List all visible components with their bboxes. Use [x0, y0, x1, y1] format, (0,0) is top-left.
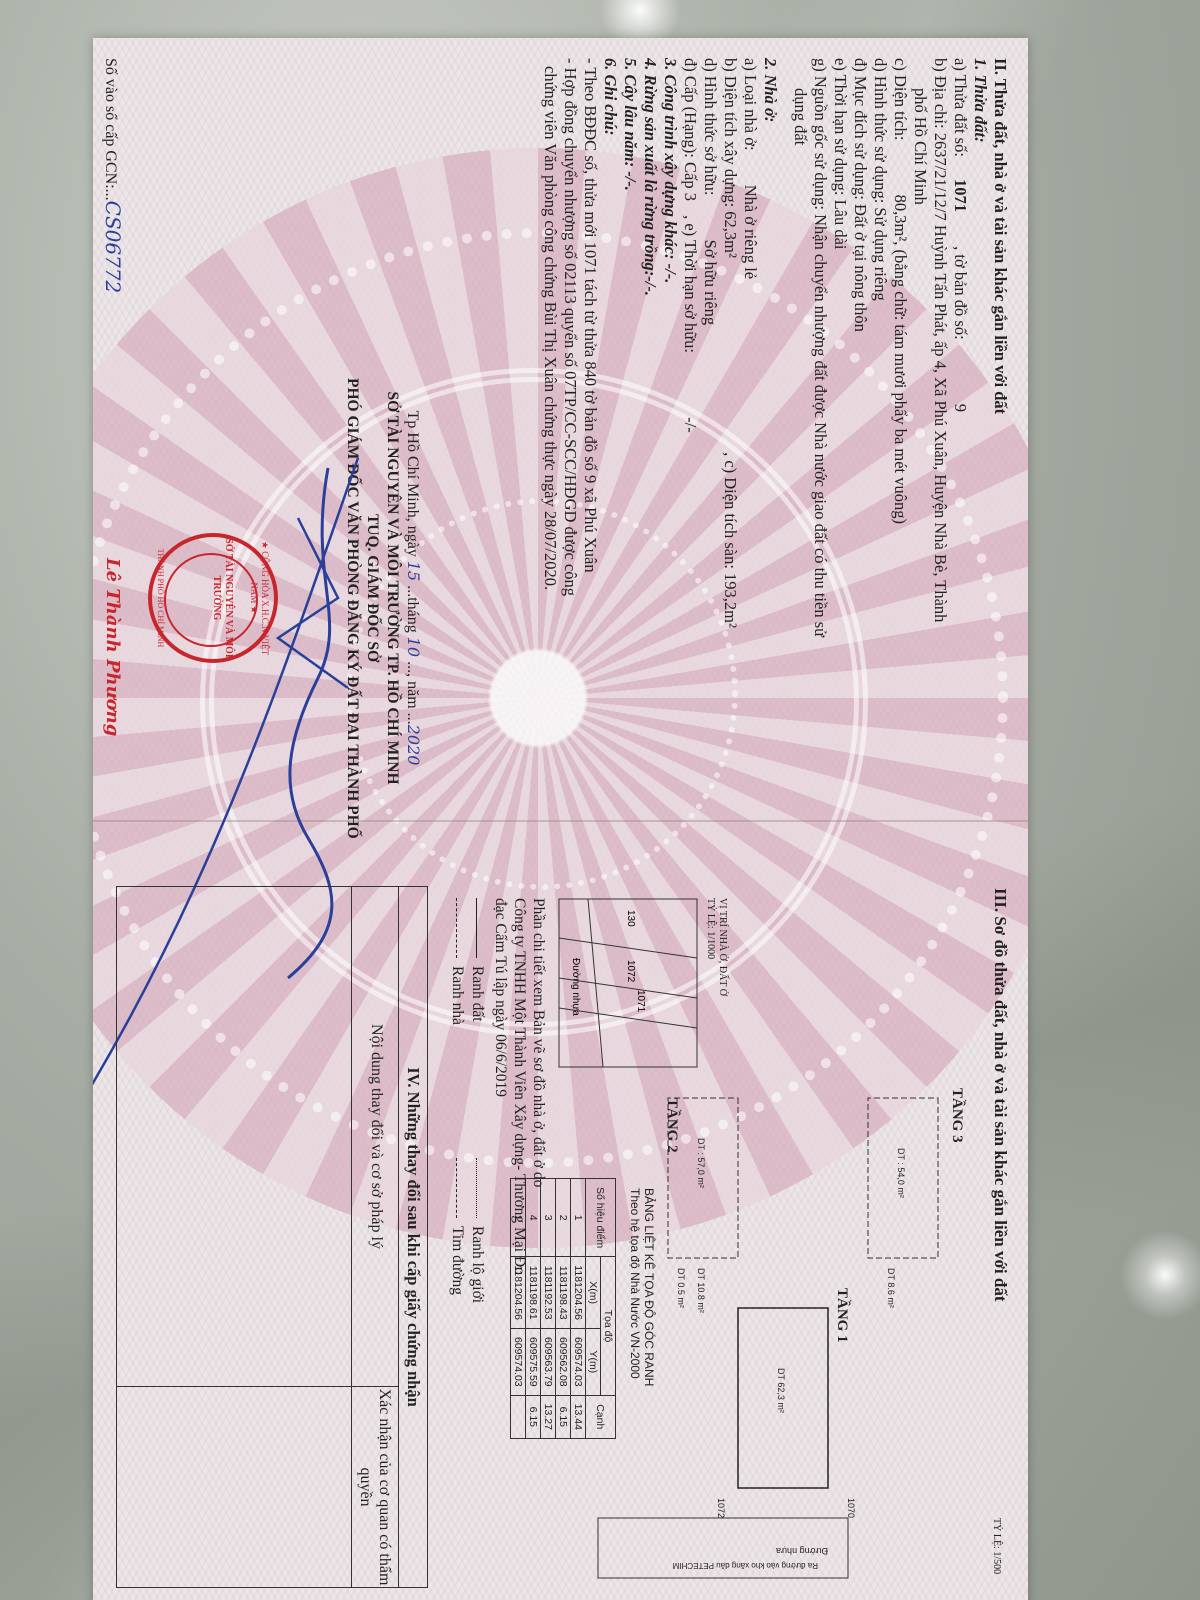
section-4-table: IV. Những thay đổi sau khi cấp giấy chứn… [116, 886, 428, 1588]
section-2: II. Thửa đất, nhà ở và tài sản khác gắn … [540, 58, 1010, 798]
location-map-title: VỊ TRÍ NHÀ Ở, ĐẤT Ở TỶ LỆ: 1/1000 [704, 898, 728, 996]
parcel-number: 1071 [951, 179, 970, 212]
address-line: b) Địa chỉ: 2637/21/12/7 Huỳnh Tấn Phát,… [930, 58, 950, 798]
road-label: Đường nhựa [776, 1546, 828, 1556]
other-works: 3. Công trình xây dựng khác: -/-. [660, 58, 680, 798]
use-form-value: Sử dụng riêng [871, 207, 890, 300]
col-edge: Cạnh [586, 1395, 616, 1438]
place-date: Tp Hồ Chí Minh, ngày 15 ...tháng 10 ...,… [402, 378, 423, 798]
floor-2-label: TẦNG 2 [664, 1098, 681, 1153]
confirmation-column-header: Xác nhận của cơ quan có thẩm quyền [352, 1387, 398, 1587]
col-x: X(m) [586, 1257, 601, 1329]
area-line: c) Diện tích: 80,3m², (bằng chữ: tám mươ… [890, 58, 910, 798]
coord-x: 1181204.56 [571, 1257, 586, 1329]
ownership-line: d) Hình thức sở hữu: Sở hữu riêng [700, 58, 720, 798]
floor-area-value: 193,2m² [721, 573, 740, 628]
note-line: đạc Cẩm Tú lập ngày 06/6/2019 [491, 898, 510, 1275]
parcel-line: a) Thửa đất số: 1071 , tờ bản đồ số: 9 [950, 58, 970, 798]
map-road: Đường nhựa [570, 958, 581, 1016]
use-form-label: d) Hình thức sử dụng: [871, 58, 890, 203]
signer-name: Lê Thành Phương [102, 558, 123, 736]
grade-label: đ) Cấp (Hạng): [681, 58, 700, 158]
coord-row: 21181198.43609562.086.15 [556, 1179, 571, 1439]
area-value: 80,3m², (bằng chữ: tám mươi phẩy ba mét … [891, 195, 910, 524]
address-label: b) Địa chỉ: [931, 58, 950, 129]
note-line: Phần chi tiết xem Bản vẽ sơ đồ nhà ở, đấ… [529, 898, 548, 1275]
section-2-title: II. Thửa đất, nhà ở và tài sản khác gắn … [990, 58, 1010, 798]
note-line: Công ty TNHH Một Thành Viên Xây dựng- Th… [510, 898, 529, 1275]
col-point: Số hiệu điểm [586, 1179, 616, 1257]
area-label: c) Diện tích: [891, 58, 910, 140]
floor-2-balcony: DT 0.5 m² [676, 1268, 686, 1308]
address-value: 2637/21/12/7 Huỳnh Tấn Phát, ấp 4, Xã Ph… [931, 133, 950, 623]
purpose-line: đ) Mục đích sử dụng: Đất ở tại nông thôn [850, 58, 870, 798]
section-4-title: IV. Những thay đổi sau khi cấp giấy chứn… [398, 887, 427, 1587]
stamp-top-text: ★ CỘNG HÒA X.H.C.N VIỆT NAM ★ [248, 537, 270, 659]
coord-title: BẢNG LIỆT KÊ TỌA ĐỘ GÓC RANH [642, 1188, 656, 1386]
plan-scale: TỶ LỆ: 1/500 [986, 1518, 1006, 1574]
origin-continued: dụng đất [790, 58, 810, 798]
purpose-value: Đất ở tại nông thôn [851, 204, 870, 332]
floor-1-label: TẦNG 1 [834, 1288, 851, 1343]
note-line: chứng viên Văn phòng công chứng Bùi Thị … [540, 58, 560, 798]
notes-heading: 6. Ghi chú: [600, 58, 620, 798]
note-line: - Theo BĐĐC số, thửa mới 1071 tách từ th… [580, 58, 600, 798]
legend-label: Ranh nhà [449, 966, 466, 1025]
term-line: e) Thời hạn sử dụng: Lâu dài [830, 58, 850, 798]
use-form-line: d) Hình thức sử dụng: Sử dụng riêng [870, 58, 890, 798]
neighbor-parcel: 1072 [716, 1498, 726, 1518]
house-type-line: a) Loại nhà ở: Nhà ở riêng lẻ [740, 58, 760, 798]
issuing-org: SỞ TÀI NGUYÊN VÀ MÔI TRƯỜNG TP. HỒ CHÍ M… [382, 378, 402, 798]
coord-edge [511, 1395, 526, 1438]
purpose-label: đ) Mục đích sử dụng: [851, 58, 870, 200]
map-sheet-number: 9 [951, 404, 970, 412]
neighbor-parcel: 1070 [846, 1498, 856, 1518]
coord-y: 609575.59 [526, 1329, 541, 1396]
changes-cell [117, 887, 351, 1387]
map-parcel: 1071 [635, 990, 646, 1013]
coord-x: 1181198.43 [556, 1257, 571, 1329]
house-heading: 2. Nhà ở: [760, 58, 780, 798]
road-note: Ra đường vào kho xăng dầu PETECHIM [672, 1561, 818, 1570]
coord-y: 609562.08 [556, 1329, 571, 1396]
confirmation-cell [117, 1387, 351, 1587]
signature-block: Tp Hồ Chí Minh, ngày 15 ...tháng 10 ...,… [342, 378, 423, 798]
col-coord: Tọa độ [601, 1257, 616, 1395]
floor-1-area: DT 62,3 m² [776, 1368, 786, 1413]
grade-value: Cấp 3 [681, 162, 700, 201]
coord-point: 1 [571, 1179, 586, 1257]
coord-edge: 13.27 [541, 1395, 556, 1438]
page-fold [93, 820, 1028, 822]
coord-edge: 13.44 [571, 1395, 586, 1438]
term-value: Lâu dài [831, 200, 850, 250]
origin-value: Nhận chuyển nhượng đất được Nhà nước gia… [811, 214, 830, 637]
place-date-prefix: Tp Hồ Chí Minh, ngày [404, 411, 421, 557]
coord-y: 609563.79 [541, 1329, 556, 1396]
built-area-label: b) Diện tích xây dựng: [721, 58, 740, 207]
signer-position: PHÓ GIÁM ĐỐC VĂN PHÒNG ĐĂNG KÝ ĐẤT ĐAI T… [342, 378, 362, 798]
term-label: e) Thời hạn sử dụng: [831, 58, 850, 195]
house-type-label: a) Loại nhà ở: [741, 58, 760, 151]
coord-y: 609574.03 [571, 1329, 586, 1396]
location-map: 130 1071 1072 Đường nhựa [558, 898, 698, 1068]
legend-item: Ranh lộ giới [468, 1158, 486, 1303]
on-behalf: TUQ. GIÁM ĐỐC SỞ [362, 378, 382, 798]
coord-subtitle: Theo hệ tọa độ Nhà Nước VN-2000 [628, 1188, 642, 1386]
month-label: tháng [404, 597, 421, 633]
coord-point: 2 [556, 1179, 571, 1257]
own-term-label: , e) Thời hạn sở hữu: [681, 215, 700, 353]
certificate-page: II. Thửa đất, nhà ở và tài sản khác gắn … [93, 38, 1028, 1600]
address-continued: phố Hồ Chí Minh [910, 58, 930, 798]
built-area-value: 62,3m² [721, 211, 740, 258]
registry-label: Số vào sổ cấp GCN:... [102, 58, 119, 201]
built-area-line: b) Diện tích xây dựng: 62,3m² , c) Diện … [720, 58, 740, 798]
location-title: VỊ TRÍ NHÀ Ở, ĐẤT Ở [716, 898, 728, 996]
ownership-value: Sở hữu riêng [701, 240, 720, 326]
coord-y: 609574.03 [511, 1329, 526, 1396]
date-day: 15 [404, 561, 423, 581]
perennial-trees: 5. Cây lâu năm: -/-. [620, 58, 640, 798]
coord-table-title: BẢNG LIỆT KÊ TỌA ĐỘ GÓC RANH Theo hệ tọa… [628, 1188, 656, 1386]
map-parcel: 130 [625, 910, 636, 927]
floor-3-area: DT : 54,0 m² [896, 1148, 906, 1198]
location-scale: TỶ LỆ: 1/1000 [704, 898, 716, 996]
note-line: - Hợp đồng chuyển nhượng số 02113 quyển … [560, 58, 580, 798]
registry-value: CS06772 [101, 201, 125, 294]
floor-3-label: TẦNG 3 [949, 1088, 966, 1143]
map-sheet-label: , tờ bản đồ số: [951, 246, 970, 340]
parcel-label: a) Thửa đất số: [951, 58, 970, 157]
land-heading: 1. Thửa đất: [970, 58, 990, 798]
year-label: năm [404, 681, 421, 709]
legend-item: Ranh đất [468, 898, 486, 1022]
date-month: 10 [404, 637, 423, 657]
registry-number: Số vào sổ cấp GCN:...CS06772 [100, 58, 123, 293]
legend-label: Tim đường [449, 1226, 466, 1295]
house-type-value: Nhà ở riêng lẻ [741, 185, 760, 279]
col-y: Y(m) [586, 1329, 601, 1396]
own-term-value: -/- [681, 417, 700, 433]
floor-3-balcony: DT 8.6 m² [886, 1268, 896, 1308]
legend-label: Ranh lộ giới [469, 1226, 486, 1303]
legend-item: Ranh nhà [448, 898, 466, 1025]
official-stamp: ★ CỘNG HÒA X.H.C.N VIỆT NAM ★ SỞ TÀI NGU… [148, 533, 278, 663]
legend-label: Ranh đất [469, 966, 486, 1022]
floor-2-balcony: DT 10.8 m² [696, 1268, 706, 1313]
drawing-note: Phần chi tiết xem Bản vẽ sơ đồ nhà ở, đấ… [491, 898, 548, 1275]
coord-row: 11181204.56609574.0313.44 [571, 1179, 586, 1439]
ownership-label: d) Hình thức sở hữu: [701, 58, 720, 196]
changes-column-header: Nội dung thay đổi và cơ sở pháp lý [352, 887, 398, 1387]
map-parcel: 1072 [625, 960, 636, 983]
coord-edge: 6.15 [526, 1395, 541, 1438]
stamp-bottom-text: THÀNH PHỐ HỒ CHÍ MINH [156, 537, 165, 659]
stamp-center-text: SỞ TÀI NGUYÊN VÀ MÔI TRƯỜNG [210, 537, 234, 659]
forest: 4. Rừng sản xuất là rừng trồng:-/-. [640, 58, 660, 798]
section-3-title: III. Sơ đồ thửa đất, nhà ở và tài sản kh… [990, 888, 1010, 1302]
origin-label: g) Nguồn gốc sử dụng: [811, 58, 830, 210]
date-year: 2020 [404, 725, 423, 766]
origin-line: g) Nguồn gốc sử dụng: Nhận chuyển nhượng… [810, 58, 830, 798]
floor-area-label: , c) Diện tích sàn: [721, 452, 740, 569]
coord-edge: 6.15 [556, 1395, 571, 1438]
legend-item: Tim đường [448, 1158, 466, 1295]
floor-2-area: DT : 57,0 m² [696, 1138, 706, 1188]
grade-line: đ) Cấp (Hạng): Cấp 3 , e) Thời hạn sở hữ… [680, 58, 700, 798]
